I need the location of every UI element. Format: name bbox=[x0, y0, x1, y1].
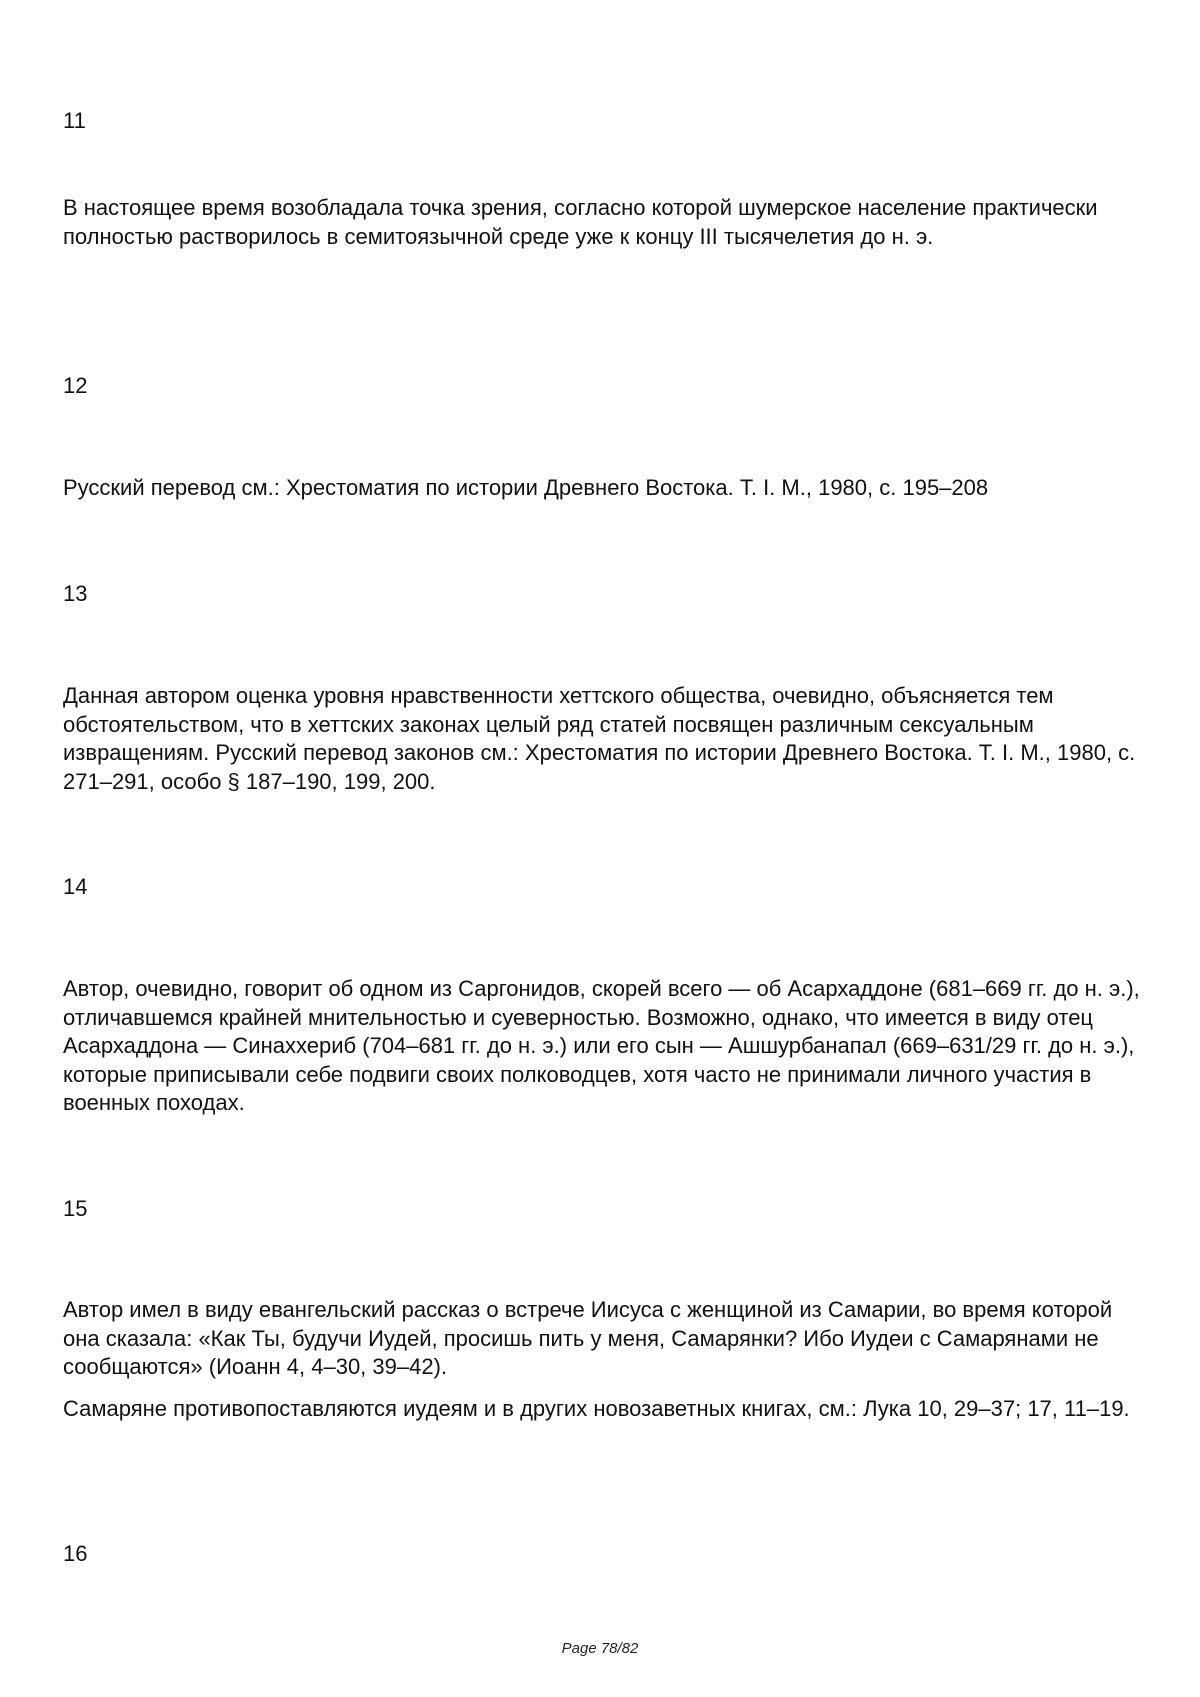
footnote-paragraph: Русский перевод см.: Хрестоматия по исто… bbox=[63, 474, 1143, 503]
footnote-paragraph: В настоящее время возобладала точка зрен… bbox=[63, 194, 1143, 251]
document-page: 11 В настоящее время возобладала точка з… bbox=[0, 0, 1200, 1697]
footnote-paragraph: Самаряне противопоставляются иудеям и в … bbox=[63, 1395, 1143, 1424]
footnote-text-13: Данная автором оценка уровня нравственно… bbox=[63, 682, 1143, 796]
footnote-text-15: Автор имел в виду евангельский рассказ о… bbox=[63, 1296, 1143, 1423]
footnote-number-13: 13 bbox=[63, 580, 87, 608]
page-number-footer: Page 78/82 bbox=[0, 1640, 1200, 1657]
footnote-number-14: 14 bbox=[63, 873, 87, 901]
footnote-paragraph: Автор, очевидно, говорит об одном из Сар… bbox=[63, 975, 1143, 1118]
footnote-number-15: 15 bbox=[63, 1195, 87, 1223]
footnote-text-14: Автор, очевидно, говорит об одном из Сар… bbox=[63, 975, 1143, 1118]
footnote-paragraph: Данная автором оценка уровня нравственно… bbox=[63, 682, 1143, 796]
footnote-number-11: 11 bbox=[63, 107, 86, 135]
footnote-text-11: В настоящее время возобладала точка зрен… bbox=[63, 194, 1143, 251]
footnote-text-12: Русский перевод см.: Хрестоматия по исто… bbox=[63, 474, 1143, 503]
footnote-number-12: 12 bbox=[63, 372, 87, 400]
footnote-paragraph: Автор имел в виду евангельский рассказ о… bbox=[63, 1296, 1143, 1382]
footnote-number-16: 16 bbox=[63, 1540, 87, 1568]
